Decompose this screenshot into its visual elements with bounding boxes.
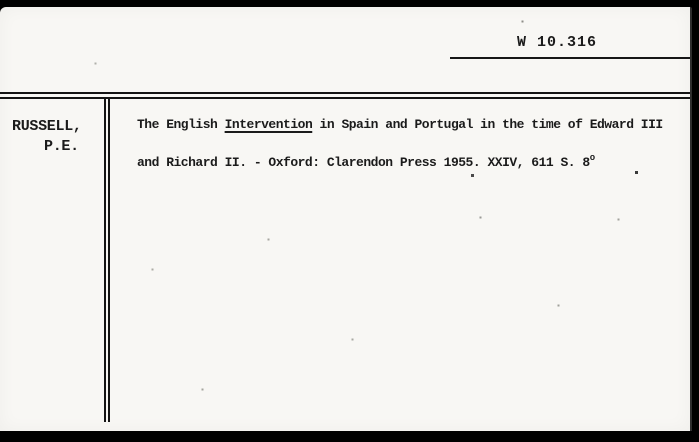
author-surname: RUSSELL, bbox=[12, 118, 82, 135]
call-number: W 10.316 bbox=[517, 34, 597, 51]
header-divider-rule bbox=[0, 92, 690, 99]
scan-noise-specks bbox=[0, 7, 1, 8]
scanned-card-page: W 10.316 RUSSELL, P.E. The English Inter… bbox=[0, 0, 699, 442]
title-segment-suffix: in Spain and Portugal in the time of Edw… bbox=[312, 117, 662, 132]
title-segment-prefix: The English bbox=[137, 117, 225, 132]
entry-text-block: The English Intervention in Spain and Po… bbox=[137, 117, 663, 171]
catalog-card: W 10.316 RUSSELL, P.E. The English Inter… bbox=[0, 7, 692, 431]
column-divider-rule bbox=[104, 99, 110, 422]
author-initials: P.E. bbox=[44, 138, 79, 155]
title-line-1: The English Intervention in Spain and Po… bbox=[137, 117, 663, 133]
imprint-text: and Richard II. - Oxford: Clarendon Pres… bbox=[137, 155, 590, 170]
format-superscript: o bbox=[590, 153, 595, 163]
call-number-underline bbox=[450, 57, 690, 59]
imprint-line-2: and Richard II. - Oxford: Clarendon Pres… bbox=[137, 150, 663, 171]
title-segment-underlined: Intervention bbox=[225, 117, 313, 132]
